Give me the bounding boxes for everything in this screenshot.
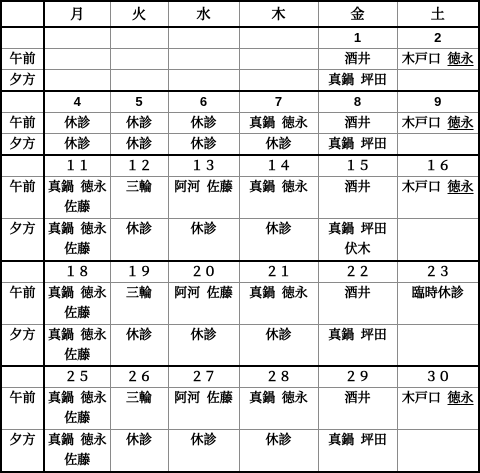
date-cell: ３０ bbox=[397, 366, 479, 388]
shift-cell bbox=[44, 70, 110, 92]
shift-cell: 休診 bbox=[168, 113, 239, 134]
shift-cell: 酒井 bbox=[318, 49, 397, 70]
shift-cell: 休診 bbox=[110, 219, 168, 261]
morning-row: 午前 休診 休診 休診 真鍋 徳永 酒井 木戸口 徳永 bbox=[1, 113, 479, 134]
period-label-cell bbox=[1, 27, 44, 49]
period-label-evening: 夕方 bbox=[1, 70, 44, 92]
shift-cell: 真鍋 坪田 bbox=[318, 324, 397, 366]
shift-cell: 木戸口 徳永 bbox=[397, 49, 479, 70]
shift-cell: 酒井 bbox=[318, 113, 397, 134]
date-cell: １９ bbox=[110, 261, 168, 283]
shift-cell: 真鍋 徳永 佐藤 bbox=[44, 388, 110, 430]
day-header-sat: 土 bbox=[397, 1, 479, 27]
morning-row: 午前 真鍋 徳永 佐藤 三輪 阿河 佐藤 真鍋 徳永 酒井 木戸口 徳永 bbox=[1, 177, 479, 219]
shift-cell: 三輪 bbox=[110, 388, 168, 430]
date-cell: 7 bbox=[239, 91, 318, 113]
day-header-fri: 金 bbox=[318, 1, 397, 27]
date-cell bbox=[239, 27, 318, 49]
shift-cell: 酒井 bbox=[318, 177, 397, 219]
shift-cell: 木戸口 徳永 bbox=[397, 388, 479, 430]
shift-cell: 真鍋 徳永 佐藤 bbox=[44, 282, 110, 324]
shift-cell: 木戸口 徳永 bbox=[397, 177, 479, 219]
shift-cell: 休診 bbox=[44, 113, 110, 134]
evening-row: 夕方 真鍋 徳永 佐藤 休診 休診 休診 真鍋 坪田 伏木 bbox=[1, 219, 479, 261]
date-cell bbox=[44, 27, 110, 49]
evening-row: 夕方 真鍋 徳永 佐藤 休診 休診 休診 真鍋 坪田 bbox=[1, 430, 479, 472]
date-cell: 1 bbox=[318, 27, 397, 49]
date-cell: 5 bbox=[110, 91, 168, 113]
shift-cell: 休診 bbox=[110, 113, 168, 134]
shift-cell: 真鍋 坪田 bbox=[318, 430, 397, 472]
shift-cell: 真鍋 坪田 bbox=[318, 70, 397, 92]
date-cell: １３ bbox=[168, 155, 239, 177]
shift-cell: 三輪 bbox=[110, 177, 168, 219]
shift-cell: 木戸口 徳永 bbox=[397, 113, 479, 134]
shift-cell bbox=[110, 70, 168, 92]
date-cell: １６ bbox=[397, 155, 479, 177]
period-label-cell bbox=[1, 91, 44, 113]
date-cell: 6 bbox=[168, 91, 239, 113]
date-cell: 2 bbox=[397, 27, 479, 49]
date-cell: １８ bbox=[44, 261, 110, 283]
morning-row: 午前 酒井 木戸口 徳永 bbox=[1, 49, 479, 70]
date-cell: ２２ bbox=[318, 261, 397, 283]
shift-cell: 真鍋 徳永 bbox=[239, 388, 318, 430]
period-label-evening: 夕方 bbox=[1, 219, 44, 261]
day-header-wed: 水 bbox=[168, 1, 239, 27]
date-row: １１ １２ １３ １４ １５ １６ bbox=[1, 155, 479, 177]
shift-cell: 真鍋 徳永 佐藤 bbox=[44, 177, 110, 219]
shift-cell bbox=[168, 70, 239, 92]
shift-cell: 休診 bbox=[168, 430, 239, 472]
shift-cell: 休診 bbox=[168, 134, 239, 156]
underlined-name: 徳永 bbox=[448, 179, 474, 194]
shift-cell: 真鍋 坪田 bbox=[318, 134, 397, 156]
shift-cell: 酒井 bbox=[318, 282, 397, 324]
date-cell: ２９ bbox=[318, 366, 397, 388]
shift-cell: 休診 bbox=[168, 324, 239, 366]
shift-cell bbox=[397, 70, 479, 92]
period-label-morning: 午前 bbox=[1, 388, 44, 430]
shift-cell bbox=[168, 49, 239, 70]
date-cell bbox=[110, 27, 168, 49]
period-label-morning: 午前 bbox=[1, 177, 44, 219]
underlined-name: 徳永 bbox=[448, 51, 474, 66]
period-label-cell bbox=[1, 155, 44, 177]
evening-row: 夕方 真鍋 徳永 佐藤 休診 休診 休診 真鍋 坪田 bbox=[1, 324, 479, 366]
date-cell: １１ bbox=[44, 155, 110, 177]
shift-cell: 休診 bbox=[239, 134, 318, 156]
shift-cell: 三輪 bbox=[110, 282, 168, 324]
date-cell: 9 bbox=[397, 91, 479, 113]
shift-cell: 阿河 佐藤 bbox=[168, 177, 239, 219]
day-header-mon: 月 bbox=[44, 1, 110, 27]
date-cell: １２ bbox=[110, 155, 168, 177]
shift-cell bbox=[110, 49, 168, 70]
shift-cell: 休診 bbox=[110, 134, 168, 156]
period-label-morning: 午前 bbox=[1, 49, 44, 70]
shift-cell: 真鍋 徳永 佐藤 bbox=[44, 430, 110, 472]
morning-row: 午前 真鍋 徳永 佐藤 三輪 阿河 佐藤 真鍋 徳永 酒井 臨時休診 bbox=[1, 282, 479, 324]
shift-cell: 阿河 佐藤 bbox=[168, 282, 239, 324]
shift-cell bbox=[397, 219, 479, 261]
shift-cell: 臨時休診 bbox=[397, 282, 479, 324]
date-row: 4 5 6 7 8 9 bbox=[1, 91, 479, 113]
shift-cell: 休診 bbox=[110, 430, 168, 472]
shift-cell: 真鍋 徳永 佐藤 bbox=[44, 219, 110, 261]
evening-row: 夕方 真鍋 坪田 bbox=[1, 70, 479, 92]
date-cell bbox=[168, 27, 239, 49]
shift-cell: 真鍋 徳永 佐藤 bbox=[44, 324, 110, 366]
shift-cell: 休診 bbox=[239, 430, 318, 472]
date-row: ２５ ２６ ２７ ２８ ２９ ３０ bbox=[1, 366, 479, 388]
evening-row: 夕方 休診 休診 休診 休診 真鍋 坪田 bbox=[1, 134, 479, 156]
period-label-evening: 夕方 bbox=[1, 430, 44, 472]
period-label-evening: 夕方 bbox=[1, 134, 44, 156]
date-cell: ２１ bbox=[239, 261, 318, 283]
shift-cell: 酒井 bbox=[318, 388, 397, 430]
day-header-row: 月 火 水 木 金 土 bbox=[1, 1, 479, 27]
date-cell: ２８ bbox=[239, 366, 318, 388]
date-row: 1 2 bbox=[1, 27, 479, 49]
period-label-evening: 夕方 bbox=[1, 324, 44, 366]
shift-cell: 休診 bbox=[168, 219, 239, 261]
shift-cell bbox=[239, 49, 318, 70]
shift-cell: 阿河 佐藤 bbox=[168, 388, 239, 430]
shift-cell: 休診 bbox=[239, 219, 318, 261]
shift-cell bbox=[397, 134, 479, 156]
day-header-thu: 木 bbox=[239, 1, 318, 27]
underlined-name: 徳永 bbox=[448, 115, 474, 130]
shift-cell: 真鍋 徳永 bbox=[239, 113, 318, 134]
date-cell: ２０ bbox=[168, 261, 239, 283]
period-label-morning: 午前 bbox=[1, 282, 44, 324]
shift-cell: 休診 bbox=[110, 324, 168, 366]
shift-cell bbox=[44, 49, 110, 70]
shift-cell: 休診 bbox=[44, 134, 110, 156]
morning-row: 午前 真鍋 徳永 佐藤 三輪 阿河 佐藤 真鍋 徳永 酒井 木戸口 徳永 bbox=[1, 388, 479, 430]
shift-cell bbox=[397, 324, 479, 366]
corner-cell bbox=[1, 1, 44, 27]
shift-cell: 真鍋 坪田 伏木 bbox=[318, 219, 397, 261]
shift-cell: 真鍋 徳永 bbox=[239, 177, 318, 219]
date-cell: 8 bbox=[318, 91, 397, 113]
shift-cell: 真鍋 徳永 bbox=[239, 282, 318, 324]
date-cell: 4 bbox=[44, 91, 110, 113]
period-label-cell bbox=[1, 366, 44, 388]
underlined-name: 徳永 bbox=[448, 390, 474, 405]
date-cell: ２３ bbox=[397, 261, 479, 283]
period-label-cell bbox=[1, 261, 44, 283]
shift-cell bbox=[239, 70, 318, 92]
day-header-tue: 火 bbox=[110, 1, 168, 27]
date-cell: １５ bbox=[318, 155, 397, 177]
date-cell: ２７ bbox=[168, 366, 239, 388]
schedule-table: 月 火 水 木 金 土 1 2 午前 酒井 木戸口 徳永 夕 bbox=[0, 0, 480, 473]
date-cell: ２５ bbox=[44, 366, 110, 388]
date-cell: １４ bbox=[239, 155, 318, 177]
date-row: １８ １９ ２０ ２１ ２２ ２３ bbox=[1, 261, 479, 283]
shift-cell: 休診 bbox=[239, 324, 318, 366]
shift-cell bbox=[397, 430, 479, 472]
period-label-morning: 午前 bbox=[1, 113, 44, 134]
date-cell: ２６ bbox=[110, 366, 168, 388]
